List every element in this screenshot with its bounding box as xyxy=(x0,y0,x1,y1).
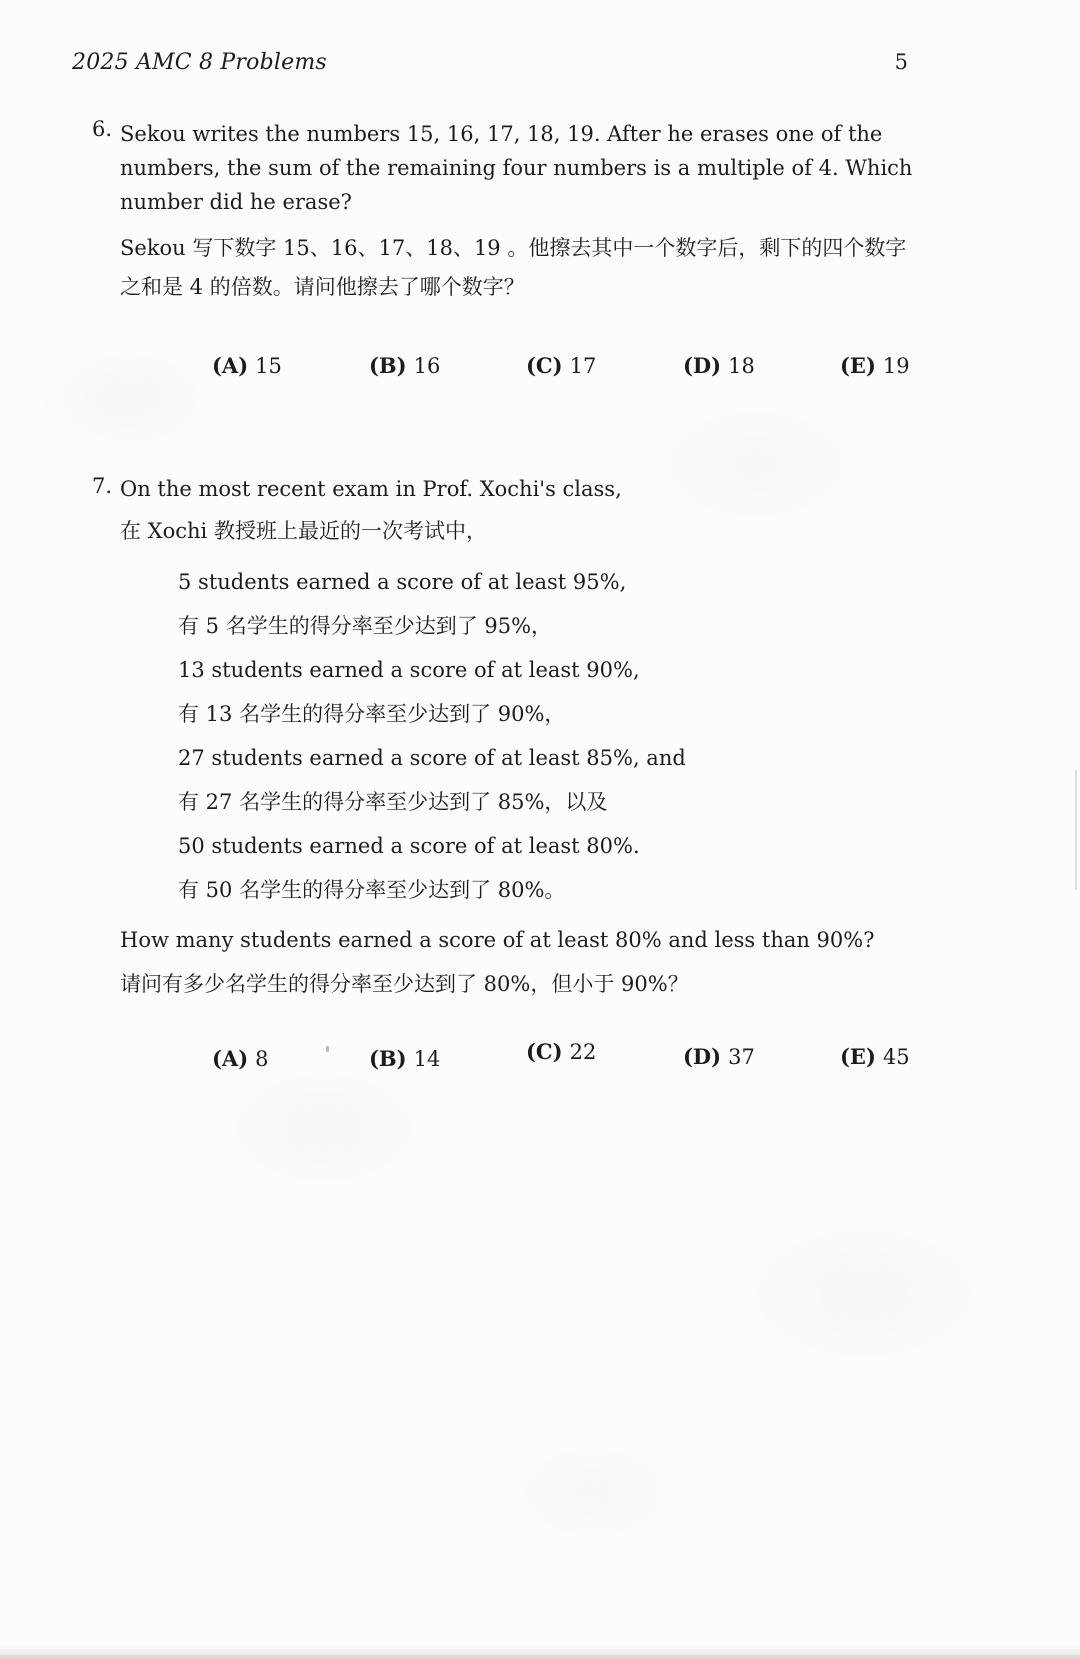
choice-value: 8 xyxy=(255,1047,268,1071)
choice-label: (A) xyxy=(212,353,248,378)
problem-7: 7. On the most recent exam in Prof. Xoch… xyxy=(92,474,1080,1071)
problem-7-choice-d: (D)37 xyxy=(683,1044,840,1069)
problem-7-choice-c: (C)22 xyxy=(526,1039,683,1064)
page-number: 5 xyxy=(895,50,908,74)
statement-3-chinese: 有 27 名学生的得分率至少达到了 85%，以及 xyxy=(178,780,1080,824)
choice-value: 45 xyxy=(883,1045,910,1069)
choice-value: 19 xyxy=(883,354,910,378)
scan-speck-artifact xyxy=(326,1046,329,1052)
choice-value: 37 xyxy=(728,1045,755,1069)
choice-label: (A) xyxy=(212,1046,248,1071)
problem-7-choice-a: (A)8 xyxy=(212,1046,369,1071)
choice-label: (D) xyxy=(683,353,721,378)
choice-label: (D) xyxy=(683,1044,721,1069)
problem-6-chinese-text: Sekou 写下数字 15、16、17、18、19 。他擦去其中一个数字后，剩下… xyxy=(120,229,920,307)
document-title: 2025 AMC 8 Problems xyxy=(72,50,327,75)
problem-6-choice-e: (E)19 xyxy=(840,353,997,378)
choice-value: 18 xyxy=(728,354,755,378)
problem-6: 6. Sekou writes the numbers 15, 16, 17, … xyxy=(92,117,1080,378)
problem-6-choice-a: (A)15 xyxy=(212,353,369,378)
choice-value: 16 xyxy=(414,354,441,378)
problem-7-question-english: How many students earned a score of at l… xyxy=(120,918,1080,962)
statement-3-english: 27 students earned a score of at least 8… xyxy=(178,736,1080,780)
problem-6-choice-d: (D)18 xyxy=(683,353,840,378)
page-header: 2025 AMC 8 Problems 5 xyxy=(0,0,1080,75)
choice-label: (E) xyxy=(840,353,876,378)
problem-6-choice-b: (B)16 xyxy=(369,353,526,378)
statement-2-english: 13 students earned a score of at least 9… xyxy=(178,648,1080,692)
problem-6-choice-c: (C)17 xyxy=(526,353,683,378)
problem-7-statement: 7. On the most recent exam in Prof. Xoch… xyxy=(92,474,1080,1006)
problem-7-statements: 5 students earned a score of at least 95… xyxy=(178,560,1080,912)
problem-7-choices: (A)8 (B)14 (C)22 (D)37 (E)45 xyxy=(212,1046,1080,1071)
choice-label: (E) xyxy=(840,1044,876,1069)
choice-label: (C) xyxy=(526,353,563,378)
choice-value: 17 xyxy=(570,354,597,378)
choice-value: 14 xyxy=(414,1047,441,1071)
choice-value: 22 xyxy=(570,1040,597,1064)
problem-6-choices: (A)15 (B)16 (C)17 (D)18 (E)19 xyxy=(212,353,1080,378)
problem-7-number: 7. xyxy=(92,474,120,498)
problem-6-number: 6. xyxy=(92,117,120,141)
choice-value: 15 xyxy=(255,354,282,378)
problem-6-body: Sekou writes the numbers 15, 16, 17, 18,… xyxy=(120,117,1080,307)
statement-1-english: 5 students earned a score of at least 95… xyxy=(178,560,1080,604)
choice-label: (C) xyxy=(526,1039,563,1064)
document-page: 2025 AMC 8 Problems 5 6. Sekou writes th… xyxy=(0,0,1080,1658)
scan-bottom-edge-artifact xyxy=(0,1645,1080,1658)
problem-7-intro-chinese: 在 Xochi 教授班上最近的一次考试中， xyxy=(120,514,1080,548)
problem-6-statement: 6. Sekou writes the numbers 15, 16, 17, … xyxy=(92,117,1080,307)
scan-edge-artifact xyxy=(1075,770,1077,890)
problem-7-body: On the most recent exam in Prof. Xochi's… xyxy=(120,474,1080,1006)
statement-4-english: 50 students earned a score of at least 8… xyxy=(178,824,1080,868)
problem-7-intro-english: On the most recent exam in Prof. Xochi's… xyxy=(120,474,1080,504)
problem-6-english-text: Sekou writes the numbers 15, 16, 17, 18,… xyxy=(120,117,920,219)
statement-4-chinese: 有 50 名学生的得分率至少达到了 80%。 xyxy=(178,868,1080,912)
problem-7-question-chinese: 请问有多少名学生的得分率至少达到了 80%，但小于 90%？ xyxy=(120,962,1080,1006)
problem-7-choice-b: (B)14 xyxy=(369,1046,526,1071)
problem-7-choice-e: (E)45 xyxy=(840,1044,997,1069)
choice-label: (B) xyxy=(369,1046,407,1071)
choice-label: (B) xyxy=(369,353,407,378)
statement-1-chinese: 有 5 名学生的得分率至少达到了 95%， xyxy=(178,604,1080,648)
statement-2-chinese: 有 13 名学生的得分率至少达到了 90%， xyxy=(178,692,1080,736)
